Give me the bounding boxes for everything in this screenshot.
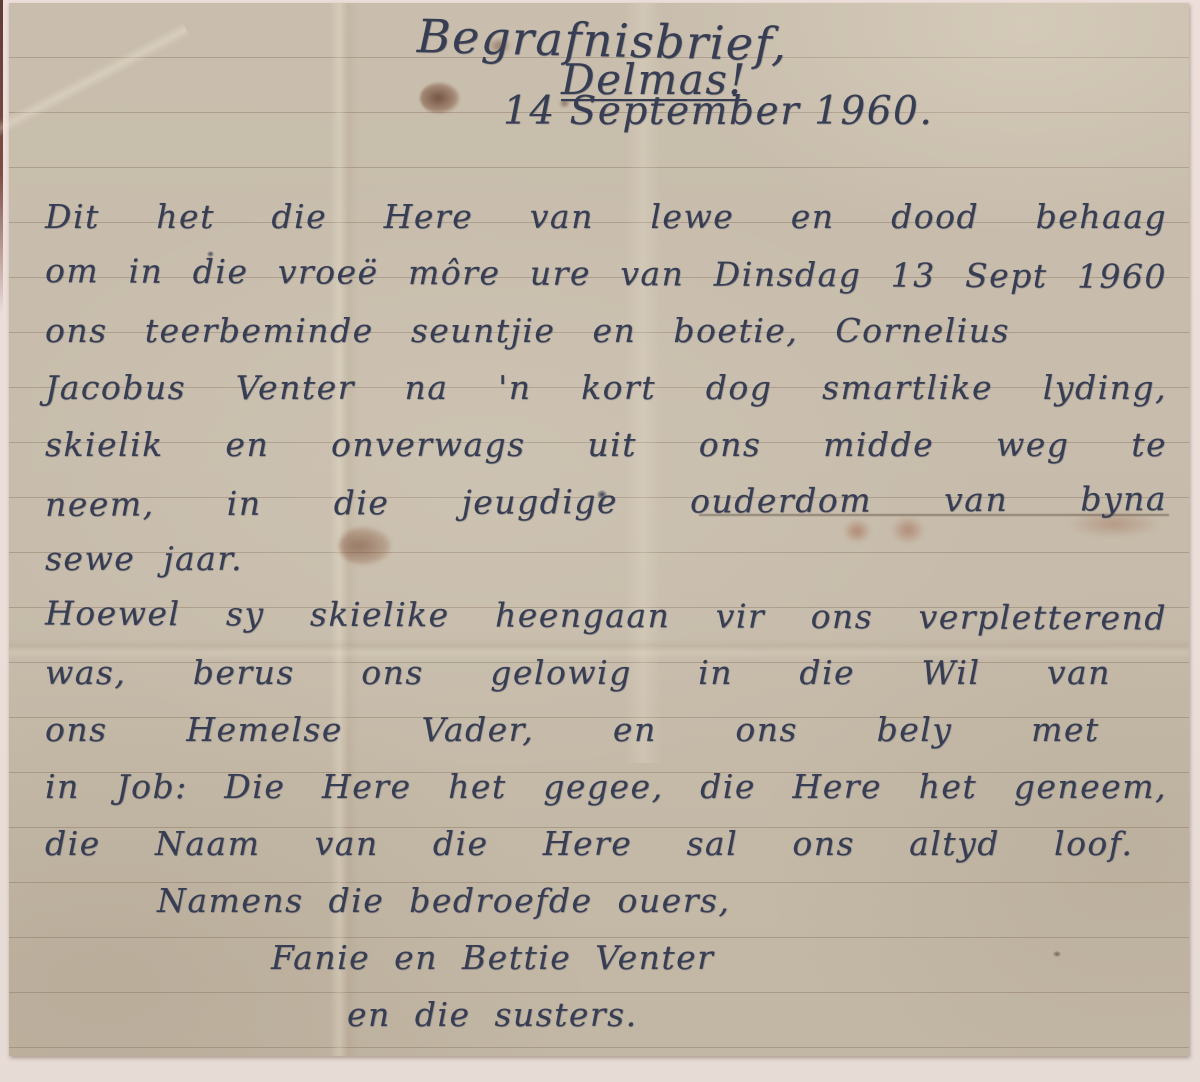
- handwritten-line-2: om in die vroeë môre ure van Dinsdag 13 …: [45, 242, 1167, 305]
- letter-paper: Begrafnisbrief, Delmas! 14 September 196…: [9, 3, 1189, 1056]
- handwritten-line-4: Jacobus Venter na 'n kort dog smartlike …: [45, 359, 1167, 416]
- handwritten-line-14: Fanie en Bettie Venter: [271, 929, 1167, 986]
- stain: [420, 82, 460, 114]
- crease-mark: [0, 22, 190, 139]
- handwritten-line-3: ons teerbeminde seuntjie en boetie, Corn…: [45, 302, 1010, 359]
- handwritten-line-13: Namens die bedroefde ouers,: [157, 872, 1167, 929]
- handwritten-line-1: Dit het die Here van lewe en dood behaag: [45, 188, 1167, 245]
- letter-photo: { "document": { "kind": "handwritten fun…: [0, 0, 1200, 1082]
- scan-edge-mark: [0, 0, 3, 315]
- handwritten-line-8: Hoewel sy skielike heengaan vir ons verp…: [45, 585, 1167, 647]
- heading-line-3: 14 September 1960.: [503, 89, 933, 134]
- handwritten-line-7: sewe jaar.: [45, 530, 1167, 587]
- handwritten-line-5: skielik en onverwags uit ons midde weg t…: [45, 416, 1167, 473]
- handwritten-line-12: die Naam van die Here sal ons altyd loof…: [45, 815, 1133, 872]
- handwritten-line-11: in Job: Die Here het gegee, die Here het…: [45, 758, 1167, 815]
- handwritten-line-15: en die susters.: [347, 986, 1167, 1043]
- letter-body: Dit het die Here van lewe en dood behaag…: [45, 188, 1167, 1043]
- handwritten-line-10: ons Hemelse Vader, en ons bely met: [45, 701, 1100, 758]
- handwritten-line-9: was, berus ons gelowig in die Wil van: [45, 644, 1111, 701]
- handwritten-line-6: neem, in die jeugdige ouderdom van byna: [45, 470, 1167, 533]
